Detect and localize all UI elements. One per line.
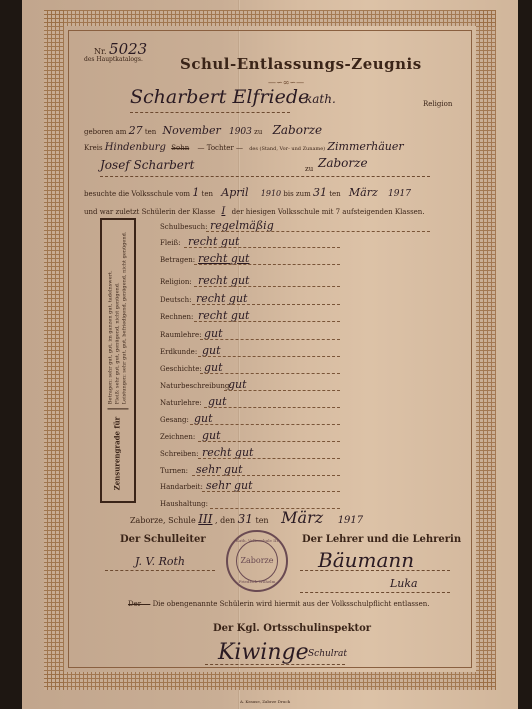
border-bottom [44, 672, 496, 690]
kreis-line: Kreis Hindenburg Sohn — Tochter — des (S… [84, 140, 404, 153]
father-line [100, 176, 430, 177]
father-occupation: Zimmerhäuer [327, 140, 403, 153]
grade-row-zeichnen: Zeichnen: gut [160, 427, 340, 443]
class-value: I [221, 206, 225, 217]
grade-row-erdkunde: Erdkunde: gut [160, 342, 340, 358]
class-label: und war zuletzt Schülerin der Klasse [84, 208, 215, 216]
schulleiter-signature: J. V. Roth [135, 555, 185, 568]
school-number: III [198, 512, 212, 526]
religion-label: Religion [423, 100, 452, 108]
from-year: 1910 [261, 189, 281, 198]
born-year: 1903 [229, 127, 252, 137]
inspector-label: Der Kgl. Ortsschulinspektor [213, 623, 371, 634]
attendance-line-1: besuchte die Volksschule vom 1 ten April… [84, 186, 411, 199]
border-left [44, 10, 64, 690]
born-day: 27 [129, 124, 143, 137]
religion-value: kath. [305, 92, 336, 106]
grade-row-fleiss: Fleiß: recht gut [160, 233, 340, 249]
lehrerin-line [300, 592, 450, 593]
grade-label: Deutsch: [160, 296, 191, 304]
grade-row-betragen: Betragen: recht gut [160, 250, 340, 266]
grade-label: Naturlehre: [160, 399, 202, 407]
attendance-line-2: und war zuletzt Schülerin der Klasse I d… [84, 206, 425, 217]
ten-label-2: ten [329, 190, 340, 198]
grade-row-deutsch: Deutsch: recht gut [160, 290, 340, 306]
student-name: Scharbert Elfriede [130, 86, 309, 108]
father-name: Josef Scharbert [100, 158, 194, 172]
kreis-label: Kreis [84, 144, 103, 152]
grade-label: Schreiben: [160, 450, 198, 458]
grade-row-religion: Religion: recht gut [160, 272, 340, 288]
grading-legend-text: Zensurengrade für Betragen: sehr gut, gu… [108, 231, 129, 490]
den-label: , den [215, 516, 235, 525]
grade-row-gesang: Gesang: gut [160, 410, 340, 426]
besuchte-label: besuchte die Volksschule vom [84, 190, 190, 198]
date-line: Zaborze, Schule III , den 31 ten März 19… [130, 508, 363, 527]
grade-label: Gesang: [160, 416, 189, 424]
to-month: März [349, 186, 378, 199]
inspector-signature: Kiwinge [218, 640, 309, 665]
kreis-value: Hindenburg [105, 142, 166, 153]
release-text: Die obengenannte Schülerin wird hiermit … [153, 600, 430, 608]
border-top [44, 10, 496, 26]
father-place: Zaborze [318, 156, 368, 170]
grade-row-handarbeit: Handarbeit: sehr gut [160, 477, 340, 493]
lehrer-line [300, 570, 450, 571]
grade-row-naturbeschreibung: Naturbeschreibung: gut [160, 376, 340, 392]
schulleiter-line [105, 570, 215, 571]
grade-row-turnen: Turnen: sehr gut [160, 461, 340, 477]
grade-label: Naturbeschreibung: [160, 382, 232, 390]
sohn-label: Sohn [171, 144, 189, 152]
grade-row-schreiben: Schreiben: recht gut [160, 444, 340, 460]
grade-row-naturlehre: Naturlehre: gut [160, 393, 340, 409]
stamp-city: Zaborze [228, 556, 286, 565]
date-year: 1917 [338, 515, 363, 526]
release-statement: Der — Die obengenannte Schülerin wird hi… [128, 600, 429, 608]
grade-label: Religion: [160, 278, 192, 286]
inspector-title: Schulrat [308, 649, 347, 659]
from-day: 1 [192, 186, 199, 199]
number-label: Nr. [94, 47, 107, 56]
date-ten-label: ten [255, 516, 268, 525]
lehrer-signature: Bäumann [318, 548, 414, 572]
father-place-label: zu [305, 165, 313, 173]
grade-label: Schulbesuch: [160, 223, 207, 231]
grade-row-schulbesuch: Schulbesuch: regelmäßig [160, 217, 430, 233]
ten-label: ten [145, 128, 156, 136]
date-day: 31 [238, 512, 253, 526]
grading-legend-box: Zensurengrade für Betragen: sehr gut, gu… [100, 218, 136, 503]
des-label: des (Stand, Vor- und Zuname) [249, 146, 325, 152]
born-place: Zaborze [273, 123, 323, 137]
catalog-label: des Hauptkatalogs. [84, 56, 143, 63]
release-der-struck: Der — [128, 600, 150, 608]
grade-row-geschichte: Geschichte: gut [160, 359, 340, 375]
grade-row-raumlehre: Raumlehre: gut [160, 325, 340, 341]
inspector-line [205, 664, 345, 665]
document-title: Schul-Entlassungs-Zeugnis [180, 55, 422, 73]
grade-label: Betragen: [160, 256, 195, 264]
date-month: März [281, 508, 323, 527]
ten-label: ten [202, 190, 213, 198]
legend-line-betragen: Betragen: sehr gut, gut, im ganzen gut, … [108, 231, 115, 404]
from-month: April [221, 186, 248, 199]
stamp-bottom-text: Friedrich Wilhelm [228, 579, 286, 584]
grade-label: Turnen: [160, 467, 188, 475]
grade-row-rechnen: Rechnen: recht gut [160, 307, 340, 323]
grade-label: Geschichte: [160, 365, 202, 373]
grade-label: Erdkunde: [160, 348, 197, 356]
border-right [476, 10, 496, 690]
in-label: zu [254, 128, 262, 136]
school-seal-stamp: Kath. Volksschule III Zaborze Friedrich … [226, 530, 288, 592]
lehrerin-signature: Luka [390, 577, 418, 590]
legend-line-fleiss: Fleiß: sehr gut, gut, genügend, nicht ge… [115, 231, 122, 404]
lehrer-label: Der Lehrer und die Lehrerin [302, 534, 461, 545]
grade-label: Handarbeit: [160, 483, 203, 491]
date-place: Zaborze, Schule [130, 516, 196, 525]
school-description: der hiesigen Volksschule mit 7 aufsteige… [232, 208, 425, 216]
born-label: geboren am [84, 128, 126, 136]
grade-label: Fleiß: [160, 239, 181, 247]
bis-label: bis zum [283, 190, 310, 198]
born-line: geboren am 27 ten November 1903 zu Zabor… [84, 123, 322, 137]
legend-title: Zensurengrade für [113, 416, 122, 490]
to-year: 1917 [388, 189, 411, 199]
grade-label: Haushaltung: [160, 500, 208, 508]
schulleiter-label: Der Schulleiter [120, 534, 206, 545]
legend-line-leistungen: Leistungen: sehr gut, gut, befriedigend,… [122, 231, 129, 404]
tochter-label: Tochter [207, 144, 234, 152]
printer-note: A. Krause, Zabrze Druck [240, 699, 290, 704]
stamp-top-text: Kath. Volksschule III [228, 538, 286, 543]
grade-label: Zeichnen: [160, 433, 195, 441]
grade-label: Raumlehre: [160, 331, 202, 339]
name-line [130, 112, 290, 113]
to-day: 31 [313, 186, 327, 199]
grade-label: Rechnen: [160, 313, 193, 321]
born-month: November [163, 124, 221, 137]
